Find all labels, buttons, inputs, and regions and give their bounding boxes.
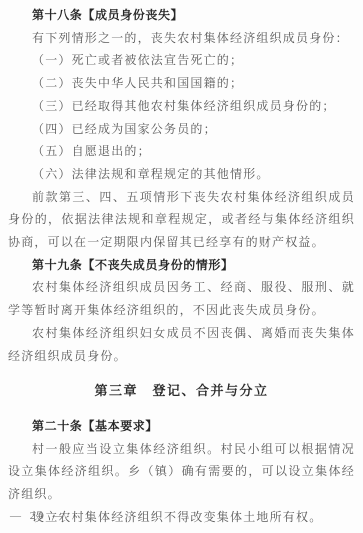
article-heading: 第十八条【成员身份丧失】: [8, 4, 355, 27]
document-page: 第十八条【成员身份丧失】有下列情形之一的，丧失农村集体经济组织成员身份：（一）死…: [0, 0, 363, 533]
body-paragraph: （六）法律法规和章程规定的其他情形。: [8, 163, 355, 186]
chapter-heading: 第三章 登记、合并与分立: [8, 380, 355, 403]
body-paragraph: 村一般应当设立集体经济组织。村民小组可以根据情况设立集体经济组织。乡（镇）确有需…: [8, 438, 355, 506]
article-heading: 第十九条【不丧失成员身份的情形】: [8, 254, 355, 277]
body-paragraph: 农村集体经济组织成员因务工、经商、服役、服刑、就学等暂时离开集体经济组织的，不因…: [8, 276, 355, 321]
body-paragraph: （二）丧失中华人民共和国国籍的；: [8, 72, 355, 95]
document-content: 第十八条【成员身份丧失】有下列情形之一的，丧失农村集体经济组织成员身份：（一）死…: [8, 4, 355, 528]
body-paragraph: （四）已经成为国家公务员的；: [8, 118, 355, 141]
article-heading: 第二十条【基本要求】: [8, 415, 355, 438]
body-paragraph: （五）自愿退出的；: [8, 140, 355, 163]
body-paragraph: （三）已经取得其他农村集体经济组织成员身份的；: [8, 95, 355, 118]
body-paragraph: 前款第三、四、五项情形下丧失农村集体经济组织成员身份的，依据法律法规和章程规定，…: [8, 186, 355, 254]
body-paragraph: 农村集体经济组织妇女成员不因丧偶、离婚而丧失集体经济组织成员身份。: [8, 322, 355, 367]
page-number: — 20 —: [10, 510, 67, 522]
body-paragraph: 有下列情形之一的，丧失农村集体经济组织成员身份：: [8, 27, 355, 50]
body-paragraph: （一）死亡或者被依法宣告死亡的；: [8, 49, 355, 72]
